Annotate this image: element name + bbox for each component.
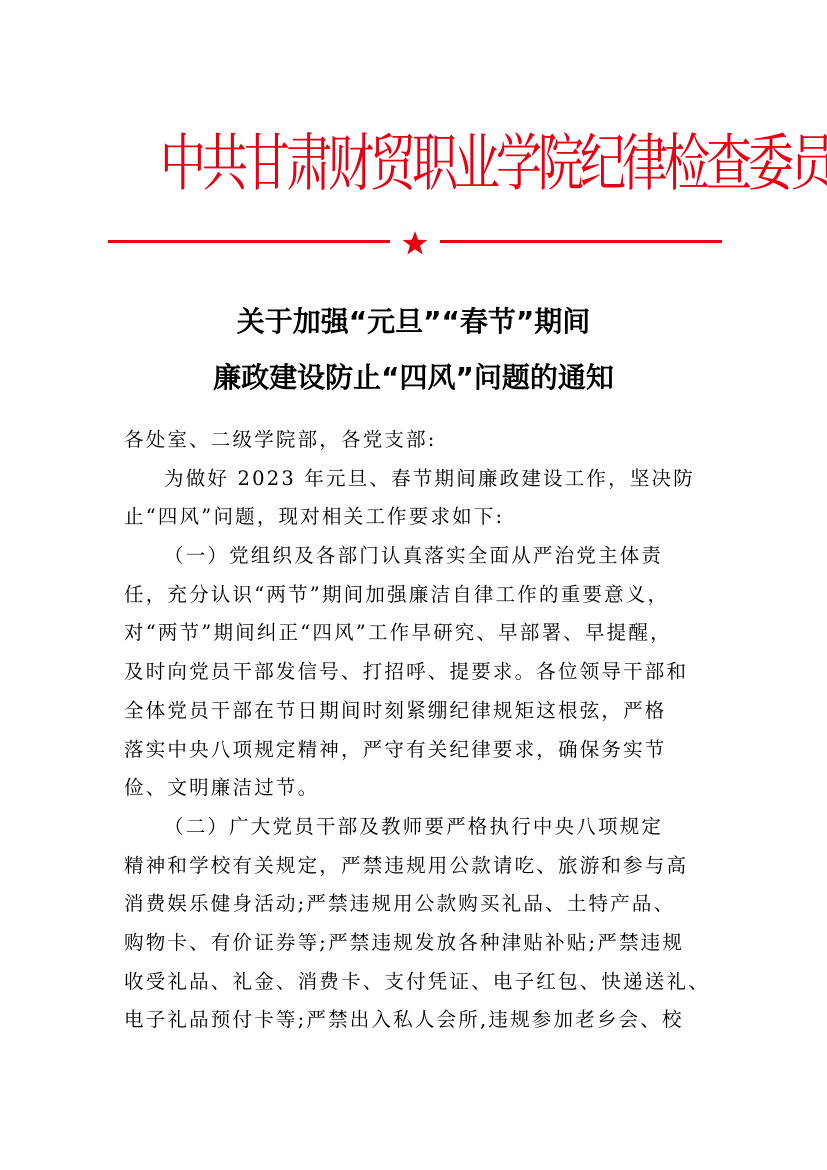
- text-line: 消费娱乐健身活动;严禁违规用公款购买礼品、土特产品、: [124, 885, 704, 924]
- masthead-divider: [108, 232, 722, 254]
- paragraph-intro: 为做好 2023 年元旦、春节期间廉政建设工作，坚决防 止“四风”问题，现对相关…: [124, 460, 704, 537]
- text-line: 收受礼品、礼金、消费卡、支付凭证、电子红包、快递送礼、: [124, 963, 704, 1002]
- paragraph-item-1: （一）党组织及各部门认真落实全面从严治党主体责 任，充分认识“两节”期间加强廉洁…: [124, 537, 704, 808]
- text-line: （一）党组织及各部门认真落实全面从严治党主体责: [124, 537, 704, 576]
- document-body: 各处室、二级学院部，各党支部: 为做好 2023 年元旦、春节期间廉政建设工作，…: [124, 421, 704, 1040]
- text-line: 为做好 2023 年元旦、春节期间廉政建设工作，坚决防: [124, 460, 704, 499]
- text-line: 止“四风”问题，现对相关工作要求如下:: [124, 498, 704, 537]
- masthead-org-name: 中共甘肃财贸职业学院纪律检查委员会: [160, 102, 670, 224]
- text-line: 俭、文明廉洁过节。: [124, 769, 704, 808]
- text-line: 任，充分认识“两节”期间加强廉洁自律工作的重要意义，: [124, 576, 704, 615]
- text-line: 对“两节”期间纠正“四风”工作早研究、早部署、早提醒，: [124, 614, 704, 653]
- paragraph-item-2: （二）广大党员干部及教师要严格执行中央八项规定 精神和学校有关规定，严禁违规用公…: [124, 808, 704, 1040]
- red-star-icon: [402, 230, 428, 256]
- document-page: 中共甘肃财贸职业学院纪律检查委员会 关于加强“元旦”“春节”期间 廉政建设防止“…: [0, 0, 827, 1170]
- text-line: （二）广大党员干部及教师要严格执行中央八项规定: [124, 808, 704, 847]
- salutation: 各处室、二级学院部，各党支部:: [124, 421, 704, 460]
- divider-line-right: [440, 240, 722, 243]
- text-line: 购物卡、有价证券等;严禁违规发放各种津贴补贴;严禁违规: [124, 924, 704, 963]
- text-line: 电子礼品预付卡等;严禁出入私人会所,违规参加老乡会、校: [124, 1001, 704, 1040]
- document-title-line-2: 廉政建设防止“四风”问题的通知: [0, 356, 827, 396]
- text-line: 全体党员干部在节日期间时刻紧绷纪律规矩这根弦，严格: [124, 692, 704, 731]
- text-line: 精神和学校有关规定，严禁违规用公款请吃、旅游和参与高: [124, 847, 704, 886]
- divider-line-left: [108, 240, 390, 243]
- document-title-line-1: 关于加强“元旦”“春节”期间: [0, 300, 827, 340]
- text-line: 及时向党员干部发信号、打招呼、提要求。各位领导干部和: [124, 653, 704, 692]
- text-line: 落实中央八项规定精神，严守有关纪律要求，确保务实节: [124, 731, 704, 770]
